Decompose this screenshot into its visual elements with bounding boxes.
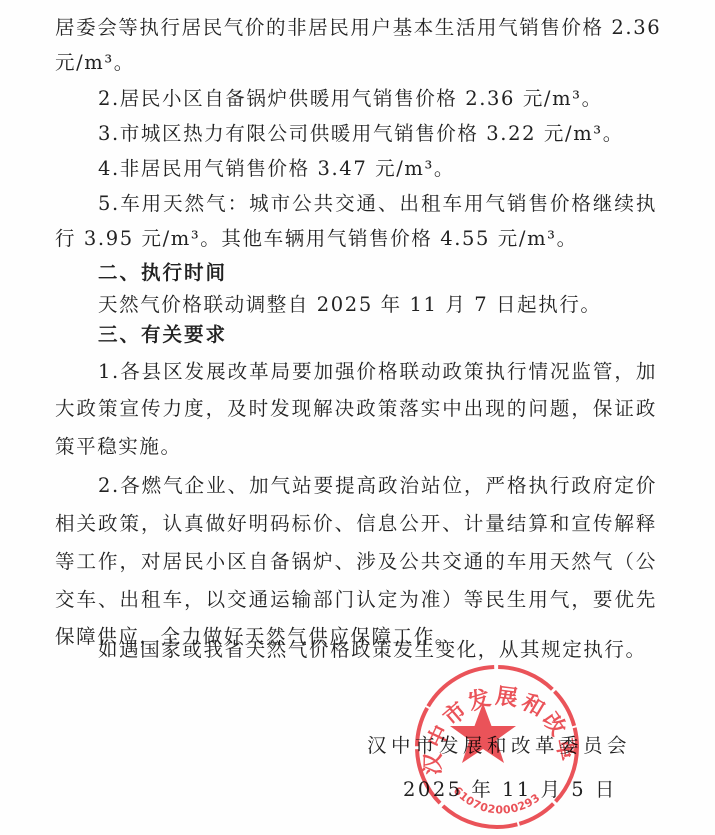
body-line: 交车、出租车，以交通运输部门认定为准）等民生用气，要优先 xyxy=(55,583,657,617)
requirement-2: 2.各燃气企业、加气站要提高政治站位，严格执行政府定价 xyxy=(98,469,657,503)
body-line: 相关政策，认真做好明码标价、信息公开、计量结算和宣传解释 xyxy=(55,507,657,541)
svg-text:汉中市发展和改革委员会: 汉中市发展和改革委员会 xyxy=(413,663,581,775)
section-heading-requirements: 三、有关要求 xyxy=(98,318,657,352)
section-heading-execution-time: 二、执行时间 xyxy=(98,256,657,290)
official-seal: 汉中市发展和改革委员会 6107020002938 xyxy=(413,663,581,831)
price-item-5: 5.车用天然气：城市公共交通、出租车用气销售价格继续执 xyxy=(98,187,657,221)
price-item-3: 3.市城区热力有限公司供暖用气销售价格 3.22 元/m³。 xyxy=(98,117,657,151)
execution-date-line: 天然气价格联动调整自 2025 年 11 月 7 日起执行。 xyxy=(98,288,657,322)
body-line: 元/m³。 xyxy=(55,46,657,80)
seal-arc-text: 汉中市发展和改革委员会 xyxy=(413,663,581,775)
body-line: 行 3.95 元/m³。其他车辆用气销售价格 4.55 元/m³。 xyxy=(55,222,657,256)
body-line: 大政策宣传力度，及时发现解决政策落实中出现的问题，保证政 xyxy=(55,392,657,426)
requirement-1: 1.各县区发展改革局要加强价格联动政策执行情况监管，加 xyxy=(98,355,657,389)
price-item-2: 2.居民小区自备锅炉供暖用气销售价格 2.36 元/m³。 xyxy=(98,82,657,116)
document-page: 居委会等执行居民气价的非居民用户基本生活用气销售价格 2.36 元/m³。 2.… xyxy=(0,0,715,835)
body-line: 等工作，对居民小区自备锅炉、涉及公共交通的车用天然气（公 xyxy=(55,545,657,579)
price-item-4: 4.非居民用气销售价格 3.47 元/m³。 xyxy=(98,152,657,186)
body-line: 策平稳实施。 xyxy=(55,430,657,464)
closing-statement: 如遇国家或我省天然气价格政策发生变化，从其规定执行。 xyxy=(98,633,657,667)
body-line: 居委会等执行居民气价的非居民用户基本生活用气销售价格 2.36 xyxy=(55,11,657,45)
